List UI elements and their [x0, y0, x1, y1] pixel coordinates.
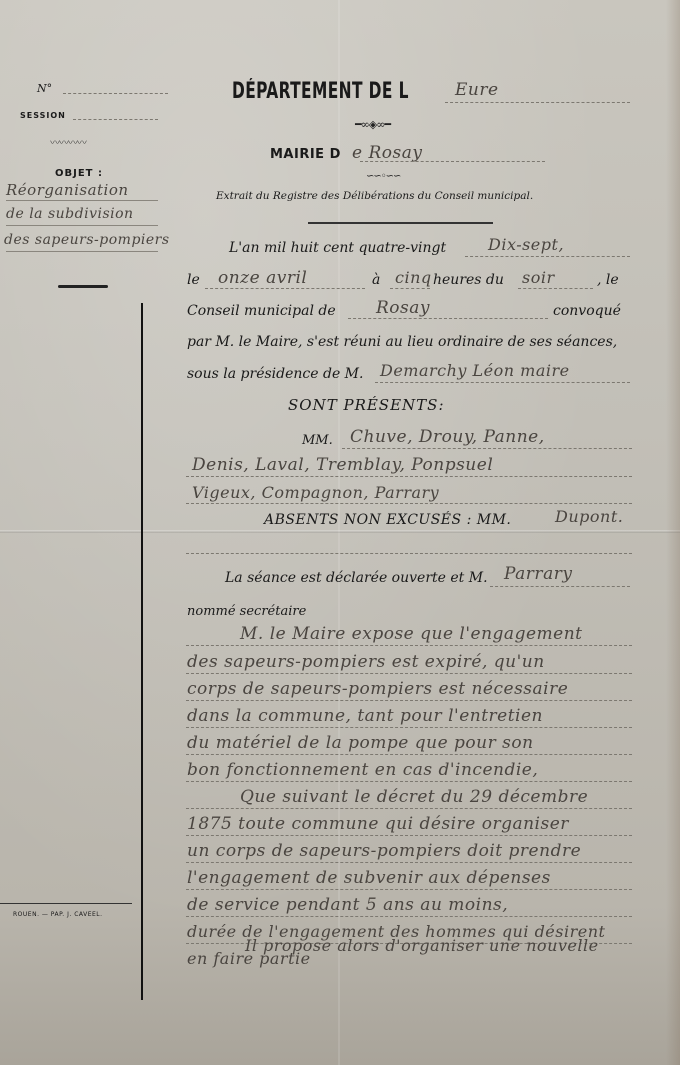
paper-fold-horizontal [0, 530, 680, 533]
mairie-label: MAIRIE D [270, 147, 341, 162]
presents-line-1: Chuve, Drouy, Panne, [350, 427, 545, 447]
reunion-text: par M. le Maire, s'est réuni au lieu ord… [187, 334, 617, 350]
objet-rule-3 [6, 251, 158, 252]
time-line [518, 288, 593, 289]
department-title: DÉPARTEMENT DE L [232, 79, 409, 104]
convoque-text: convoqué [553, 303, 621, 319]
commune-line [348, 318, 548, 319]
presidence-text: sous la présidence de M. [187, 366, 363, 382]
divider-ornament [58, 285, 108, 288]
deliberation-rule-6 [186, 781, 632, 782]
seance-text: La séance est déclarée ouverte et M. [225, 570, 488, 586]
objet-line-2: de la subdivision [6, 206, 134, 222]
year-text: L'an mil huit cent quatre-vingt [229, 240, 446, 256]
objet-label: OBJET : [55, 168, 103, 179]
document-page: N° SESSION 〰〰〰〰 OBJET : Réorganisation d… [0, 0, 680, 1065]
secretaire-text: nommé secrétaire [187, 604, 306, 619]
deliberation-line-2: des sapeurs-pompiers est expiré, qu'un [187, 652, 545, 672]
wavy-ornament-icon: 〰〰〰〰 [50, 134, 86, 149]
header-rule [308, 222, 493, 224]
deliberation-rule-8 [186, 835, 632, 836]
deliberation-line-14: Il propose alors d'organiser une nouvell… [245, 936, 599, 955]
president-hand: Demarchy Léon maire [380, 361, 570, 380]
deliberation-rule-11 [186, 916, 632, 917]
date-le-end: , le [597, 272, 619, 288]
heures-text: heures du [433, 272, 504, 288]
register-subtitle: Extrait du Registre des Délibérations du… [216, 190, 533, 202]
mairie-line [360, 161, 545, 162]
deliberation-line-5: du matériel de la pompe que pour son [187, 733, 534, 753]
deliberation-rule-10 [186, 889, 632, 890]
deliberation-line-7: Que suivant le décret du 29 décembre [240, 787, 588, 807]
deliberation-line-1: M. le Maire expose que l'engagement [240, 624, 582, 644]
objet-rule-2 [6, 225, 158, 226]
blank-rule [186, 553, 632, 554]
absents-label: ABSENTS NON EXCUSÉS : MM. [264, 512, 511, 528]
presents-line-2: Denis, Laval, Tremblay, Ponpsuel [192, 455, 493, 475]
deliberation-line-4: dans la commune, tant pour l'entretien [187, 706, 543, 726]
imprint-rule [0, 903, 132, 904]
date-a: à [372, 272, 380, 288]
deliberation-line-6: bon fonctionnement en cas d'incendie, [187, 760, 538, 780]
deliberation-line-3: corps de sapeurs-pompiers est nécessaire [187, 679, 568, 699]
wave-ornament-icon: ∽∽◦∽∽ [366, 171, 400, 182]
presents-line-3: Vigeux, Compagnon, Parrary [192, 483, 439, 502]
presents-rule-1 [342, 448, 632, 449]
hour-line [390, 288, 430, 289]
objet-line-3: des sapeurs-pompiers [4, 232, 170, 248]
deliberation-rule-5 [186, 754, 632, 755]
paper-edge-shadow [666, 0, 680, 1065]
department-value: Eure [455, 80, 499, 100]
objet-line-1: Réorganisation [6, 181, 129, 199]
deliberation-line-9: un corps de sapeurs-pompiers doit prendr… [187, 841, 581, 861]
conseil-text: Conseil municipal de [187, 303, 336, 319]
absents-hand: Dupont. [555, 507, 623, 526]
deliberation-line-8: 1875 toute commune qui désire organiser [187, 814, 569, 834]
time-hand: soir [522, 268, 555, 287]
president-line [375, 382, 630, 383]
commune-hand: Rosay [376, 298, 430, 318]
hour-hand: cinq [395, 268, 432, 287]
presents-rule-2 [186, 476, 632, 477]
mairie-value: e Rosay [352, 143, 422, 163]
scroll-ornament-icon: ━∞◈∞━ [355, 118, 390, 131]
secretary-hand: Parrary [504, 564, 572, 584]
mm-label: MM. [302, 433, 333, 448]
printer-imprint: ROUEN. — PAP. J. CAVEEL. [13, 911, 103, 918]
number-label: N° [37, 82, 52, 95]
date-le: le [187, 272, 200, 288]
deliberation-line-10: l'engagement de subvenir aux dépenses [187, 868, 551, 888]
secretary-line [490, 586, 630, 587]
deliberation-rule-9 [186, 862, 632, 863]
session-field-line [73, 119, 158, 120]
deliberation-line-11: de service pendant 5 ans au moins, [187, 895, 508, 915]
margin-vertical-rule [141, 303, 143, 1000]
deliberation-rule-3 [186, 700, 632, 701]
year-line [465, 256, 630, 257]
presents-label: SONT PRÉSENTS: [288, 396, 445, 414]
date-line [205, 288, 365, 289]
deliberation-rule-2 [186, 673, 632, 674]
session-label: SESSION [20, 111, 66, 120]
department-line [445, 102, 630, 103]
number-field-line [63, 93, 168, 94]
objet-rule-1 [6, 200, 158, 201]
deliberation-rule-4 [186, 727, 632, 728]
deliberation-rule-7 [186, 808, 632, 809]
deliberation-rule-1 [186, 645, 632, 646]
presents-rule-3 [186, 503, 632, 504]
year-hand: Dix-sept, [488, 235, 564, 254]
date-hand: onze avril [218, 268, 307, 288]
